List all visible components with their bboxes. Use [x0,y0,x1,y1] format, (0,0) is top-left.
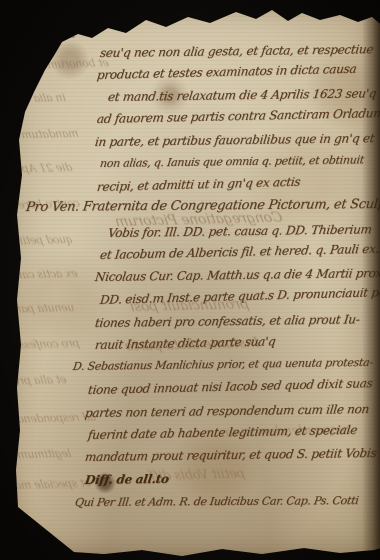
manuscript-line: Vobis for. Ill. DD. pet. causa q. DD. Th… [107,222,372,240]
showthrough-text: pro confessatis [0,337,81,352]
showthrough-text: die 21 Aprilis [1,161,74,176]
manuscript-line: Pro Ven. Fraternita de Congregatione Pic… [25,197,380,215]
showthrough-text: quod petiit et [1,233,74,248]
showthrough-text: mandatum spe [0,127,80,142]
manuscript-line: Diff. de all.to [84,472,169,487]
manuscript-line: non alias, q. Ianuis que omnia q. petiit… [99,153,365,170]
showthrough-text: legitimum et [3,447,73,462]
manuscript-line: fuerint date ab habente legitimum, et sp… [87,423,358,442]
manuscript-line: recipi, et admitti ut in gn'q ex actis [96,175,301,194]
showthrough-text: uenuta parte [5,301,76,316]
manuscript-line: et mand.tis relaxatum die 4 Aprilis 1623… [107,86,377,104]
manuscript-line: Qui Per Ill. et Adm. R. de Iudicibus Car… [74,494,359,509]
showthrough-text: ex actis cause [3,267,79,282]
manuscript-line: mandatum prout requiritur, et quod S. pe… [84,446,377,464]
showthrough-text: in alia causa [0,91,67,106]
manuscript-line: tione quod innouat nisi Iacob sed quod d… [87,376,373,397]
manuscript-line: Nicolaus Cur. Cap. Matth.us q.a die 4 Ma… [94,266,380,284]
manuscript-line: ad fauorem sue partis contra Sanctiram O… [96,106,380,126]
manuscript-line: in parte, et partibus fauorabilibus que … [94,131,375,149]
showthrough-text: et alia prout [1,373,68,388]
page-edge-shadow [362,0,380,560]
manuscript-line: producta et testes examinatos in dicta c… [96,62,357,82]
manuscript-photo: 329 et bonorum suorum in alia causa mand… [0,0,380,560]
manuscript-line: et Iacobum de Albericis fil. et hered. q… [99,241,380,262]
showthrough-text: et bonorum suorum [3,57,110,73]
manuscript-line: tiones haberi pro confessatis, et alia p… [94,312,360,330]
showthrough-text: ad respondendum [0,411,97,427]
manuscript-line: seu'q nec non alia gesta, et facta, et r… [99,42,374,60]
showthrough-text: et speciale man [7,477,92,492]
manuscript-page: 329 et bonorum suorum in alia causa mand… [0,0,380,560]
manuscript-line: D. Sebastianus Manlichius prior, et qua … [72,356,373,373]
folio-number: 329 [52,25,76,41]
manuscript-line: partes non teneri ad respondendum cum il… [84,402,370,420]
